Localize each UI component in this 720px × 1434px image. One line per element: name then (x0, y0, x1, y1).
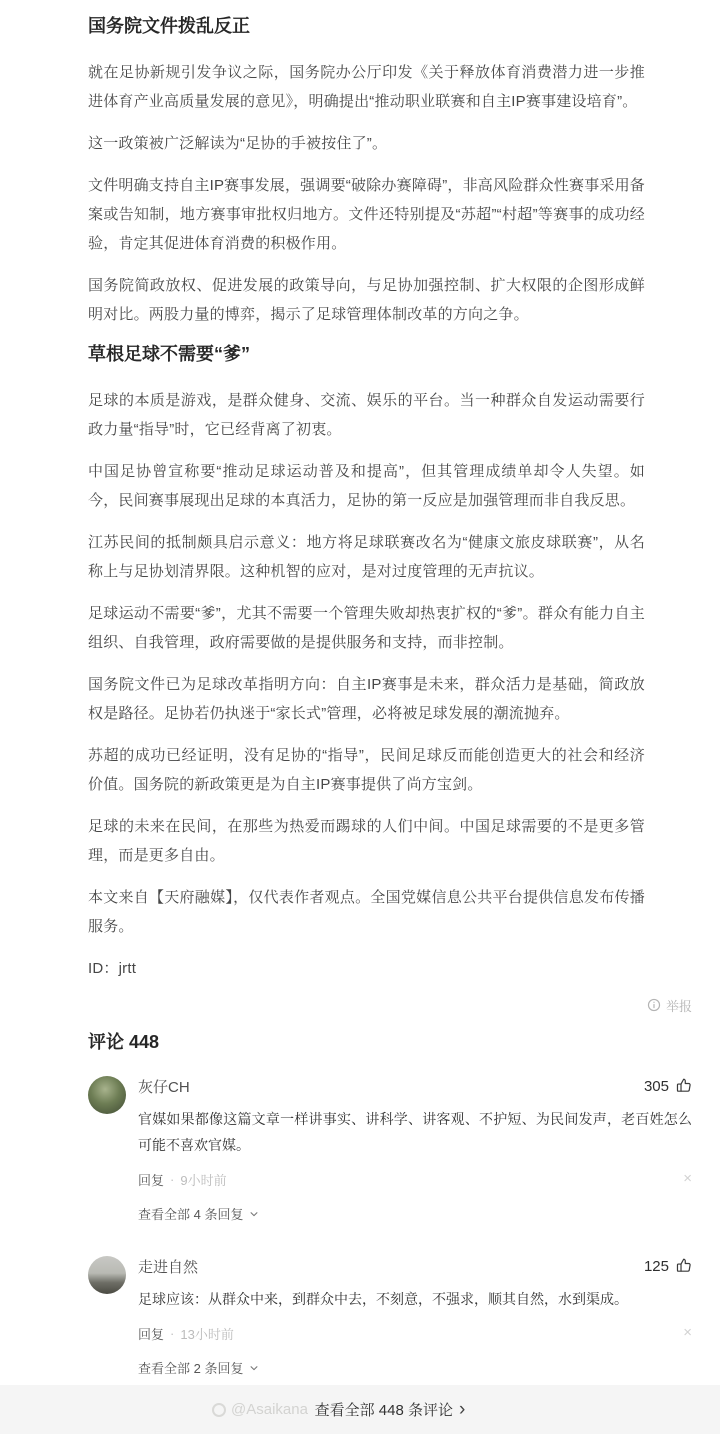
article-heading-1: 国务院文件拨乱反正 (88, 14, 645, 38)
article-paragraph: 本文来自【天府融媒】，仅代表作者观点。全国党媒信息公共平台提供信息发布传播服务。 (88, 883, 645, 941)
avatar[interactable] (88, 1256, 126, 1294)
article-paragraph: 足球的未来在民间，在那些为热爱而踢球的人们中间。中国足球需要的不是更多管理，而是… (88, 812, 645, 870)
comment-time: 13小时前 (180, 1324, 233, 1343)
reply-button[interactable]: 回复 (138, 1324, 164, 1343)
thumb-up-icon (675, 1077, 692, 1094)
close-icon[interactable]: × (683, 1324, 692, 1342)
meta-dot: · (170, 1172, 174, 1187)
like-count: 125 (644, 1258, 669, 1275)
thumb-up-icon (675, 1257, 692, 1274)
meta-dot: · (170, 1326, 174, 1341)
comment-author[interactable]: 灰仔CH (138, 1076, 190, 1097)
like-count: 305 (644, 1078, 669, 1095)
view-all-comments-button[interactable]: 查看全部 448 条评论 › (0, 1385, 720, 1434)
reply-button[interactable]: 回复 (138, 1170, 164, 1189)
like-button[interactable]: 305 (644, 1078, 692, 1095)
article-heading-2: 草根足球不需要“爹” (88, 342, 645, 366)
report-label: 举报 (666, 996, 692, 1015)
view-all-comments-label: 查看全部 448 条评论 (315, 1399, 453, 1420)
bottom-bar: @Asaikana 查看全部 448 条评论 › (0, 1385, 720, 1434)
article-paragraph: 这一政策被广泛解读为“足协的手被按住了”。 (88, 129, 645, 158)
chevron-down-icon (249, 1209, 259, 1219)
comment-text: 官媒如果都像这篇文章一样讲事实、讲科学、讲客观、不护短、为民间发声，老百姓怎么可… (138, 1106, 692, 1158)
avatar[interactable] (88, 1076, 126, 1114)
comment-item: 灰仔CH 305 官媒如果都像这篇文章一样讲事实、讲科学、讲客观、不护短、为民间… (88, 1076, 692, 1222)
view-replies-label: 查看全部 4 条回复 (138, 1204, 243, 1223)
article-paragraph: 国务院简政放权、促进发展的政策导向，与足协加强控制、扩大权限的企图形成鲜明对比。… (88, 271, 645, 329)
article-paragraph: 就在足协新规引发争议之际，国务院办公厅印发《关于释放体育消费潜力进一步推进体育产… (88, 58, 645, 116)
close-icon[interactable]: × (683, 1170, 692, 1188)
comment-text: 足球应该：从群众中来，到群众中去，不刻意，不强求，顺其自然，水到渠成。 (138, 1286, 692, 1312)
report-button[interactable]: 举报 (88, 996, 692, 1014)
article-paragraph: 文件明确支持自主IP赛事发展，强调要“破除办赛障碍”，非高风险群众性赛事采用备案… (88, 171, 645, 258)
comments-heading: 评论 448 (88, 1030, 692, 1054)
view-replies-button[interactable]: 查看全部 2 条回复 (138, 1358, 692, 1376)
comment-author[interactable]: 走进自然 (138, 1256, 198, 1277)
view-replies-label: 查看全部 2 条回复 (138, 1358, 243, 1377)
article-paragraph: 足球运动不需要“爹”，尤其不需要一个管理失败却热衷扩权的“爹”。群众有能力自主组… (88, 599, 645, 657)
chevron-right-icon: › (459, 1402, 465, 1417)
comment-item: 走进自然 125 足球应该：从群众中来，到群众中去，不刻意，不强求，顺其自然，水… (88, 1256, 692, 1376)
info-circle-icon (647, 998, 661, 1012)
comment-time: 9小时前 (180, 1170, 226, 1189)
article-paragraph: 江苏民间的抵制颇具启示意义：地方将足球联赛改名为“健康文旅皮球联赛”，从名称上与… (88, 528, 645, 586)
article-paragraph: 国务院文件已为足球改革指明方向：自主IP赛事是未来，群众活力是基础，简政放权是路… (88, 670, 645, 728)
article-paragraph: 苏超的成功已经证明，没有足协的“指导”，民间足球反而能创造更大的社会和经济价值。… (88, 741, 645, 799)
like-button[interactable]: 125 (644, 1258, 692, 1275)
article-source-id: ID：jrtt (88, 954, 645, 983)
view-replies-button[interactable]: 查看全部 4 条回复 (138, 1204, 692, 1222)
article-paragraph: 中国足协曾宣称要“推动足球运动普及和提高”，但其管理成绩单却令人失望。如今，民间… (88, 457, 645, 515)
chevron-down-icon (249, 1363, 259, 1373)
article-body: 国务院文件拨乱反正 就在足协新规引发争议之际，国务院办公厅印发《关于释放体育消费… (88, 0, 645, 983)
article-paragraph: 足球的本质是游戏，是群众健身、交流、娱乐的平台。当一种群众自发运动需要行政力量“… (88, 386, 645, 444)
